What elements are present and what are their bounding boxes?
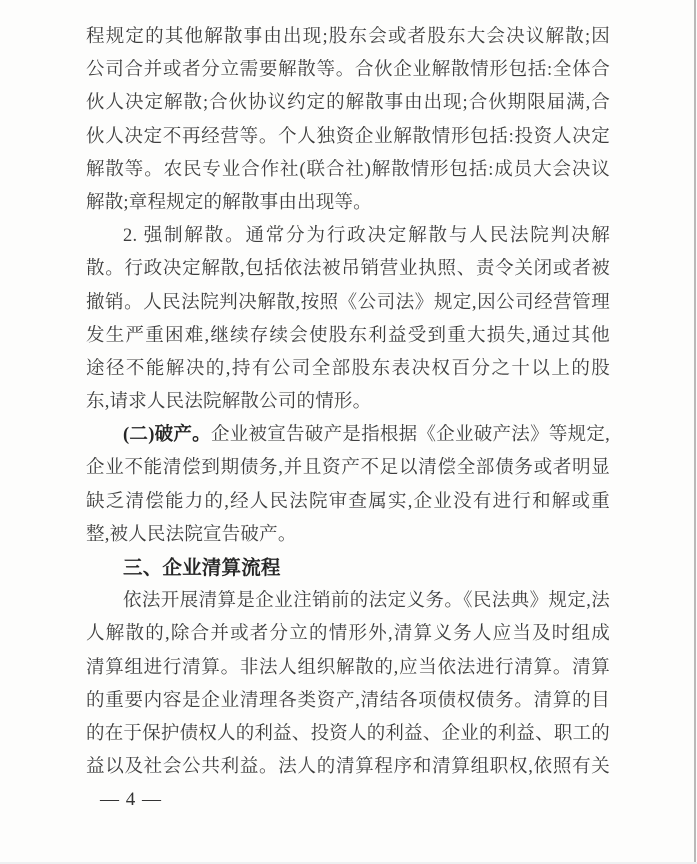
text-run: 公司合并或者分立需要解散等。合伙企业解散情形包括:全体合: [86, 60, 610, 80]
text-run: 2. 强制解散。通常分为行政决定解散与人民法院判决解: [123, 226, 610, 246]
text-run: 伙人决定解散;合伙协议约定的解散事由出现;合伙期限届满,合: [86, 93, 610, 113]
text-run: 散。行政决定解散,包括依法被吊销营业执照、责令关闭或者被: [86, 259, 610, 279]
text-run: 的在于保护债权人的利益、投资人的利益、企业的利益、职工的利: [86, 724, 610, 751]
scan-edge-line-right: [694, 0, 696, 864]
text-line: 清算组进行清算。非法人组织解散的,应当依法进行清算。清算: [86, 652, 610, 685]
text-run: 依法开展清算是企业注销前的法定义务。《民法典》规定,法: [123, 591, 610, 611]
text-run: 人解散的,除合并或者分立的情形外,清算义务人应当及时组成: [86, 624, 610, 644]
text-run: 程规定的其他解散事由出现;股东会或者股东大会决议解散;因: [86, 27, 610, 47]
text-line: 的重要内容是企业清理各类资产,清结各项债权债务。清算的目: [86, 685, 610, 718]
text-line: 2. 强制解散。通常分为行政决定解散与人民法院判决解: [86, 220, 610, 253]
text-line: 伙人决定不再经营等。个人独资企业解散情形包括:投资人决定: [86, 121, 610, 154]
text-run: 途径不能解决的,持有公司全部股东表决权百分之十以上的股: [86, 359, 610, 379]
text-line: 益以及社会公共利益。法人的清算程序和清算组职权,依照有关: [86, 751, 610, 784]
text-line: 的在于保护债权人的利益、投资人的利益、企业的利益、职工的利: [86, 718, 610, 751]
text-line: 途径不能解决的,持有公司全部股东表决权百分之十以上的股: [86, 353, 610, 386]
text-line: 解散;章程规定的解散事由出现等。: [86, 187, 610, 220]
text-line: 东,请求人民法院解散公司的情形。: [86, 386, 610, 419]
text-line: 发生严重困难,继续存续会使股东利益受到重大损失,通过其他: [86, 320, 610, 353]
text-line: (二)破产。企业被宣告破产是指根据《企业破产法》等规定,: [86, 419, 610, 452]
text-run: 撤销。人民法院判决解散,按照《公司法》规定,因公司经营管理: [86, 293, 610, 313]
document-body: 程规定的其他解散事由出现;股东会或者股东大会决议解散;因公司合并或者分立需要解散…: [86, 21, 610, 784]
text-run: 益以及社会公共利益。法人的清算程序和清算组职权,依照有关: [86, 757, 610, 777]
text-run: 东,请求人民法院解散公司的情形。: [86, 392, 371, 412]
text-run: 缺乏清偿能力的,经人民法院审查属实,企业没有进行和解或重: [86, 492, 610, 512]
text-line: 散。行政决定解散,包括依法被吊销营业执照、责令关闭或者被: [86, 253, 610, 286]
bold-text-run: 三、企业清算流程: [123, 557, 281, 579]
text-line: 公司合并或者分立需要解散等。合伙企业解散情形包括:全体合: [86, 54, 610, 87]
text-line: 伙人决定解散;合伙协议约定的解散事由出现;合伙期限届满,合: [86, 87, 610, 120]
text-run: 清算组进行清算。非法人组织解散的,应当依法进行清算。清算: [86, 658, 610, 678]
bold-text-run: (二)破产。: [123, 425, 211, 445]
page-number: — 4 —: [100, 783, 162, 816]
text-line: 企业不能清偿到期债务,并且资产不足以清偿全部债务或者明显: [86, 452, 610, 485]
text-line: 人解散的,除合并或者分立的情形外,清算义务人应当及时组成: [86, 618, 610, 651]
text-run: 的重要内容是企业清理各类资产,清结各项债权债务。清算的目: [86, 691, 610, 711]
document-page: 程规定的其他解散事由出现;股东会或者股东大会决议解散;因公司合并或者分立需要解散…: [0, 0, 697, 864]
text-run: 整,被人民法院宣告破产。: [86, 525, 297, 545]
text-line: 依法开展清算是企业注销前的法定义务。《民法典》规定,法: [86, 585, 610, 618]
text-run: 伙人决定不再经营等。个人独资企业解散情形包括:投资人决定: [86, 127, 610, 147]
text-run: 企业不能清偿到期债务,并且资产不足以清偿全部债务或者明显: [86, 458, 610, 478]
text-run: 企业被宣告破产是指根据《企业破产法》等规定,: [211, 425, 610, 445]
text-run: 解散等。农民专业合作社(联合社)解散情形包括:成员大会决议: [86, 160, 610, 180]
text-line: 撤销。人民法院判决解散,按照《公司法》规定,因公司经营管理: [86, 287, 610, 320]
text-line: 整,被人民法院宣告破产。: [86, 519, 610, 552]
text-line: 程规定的其他解散事由出现;股东会或者股东大会决议解散;因: [86, 21, 610, 54]
text-run: 发生严重困难,继续存续会使股东利益受到重大损失,通过其他: [86, 326, 610, 346]
section-heading: 三、企业清算流程: [86, 552, 610, 585]
text-line: 解散等。农民专业合作社(联合社)解散情形包括:成员大会决议: [86, 154, 610, 187]
text-run: 解散;章程规定的解散事由出现等。: [86, 193, 372, 213]
text-line: 缺乏清偿能力的,经人民法院审查属实,企业没有进行和解或重: [86, 486, 610, 519]
